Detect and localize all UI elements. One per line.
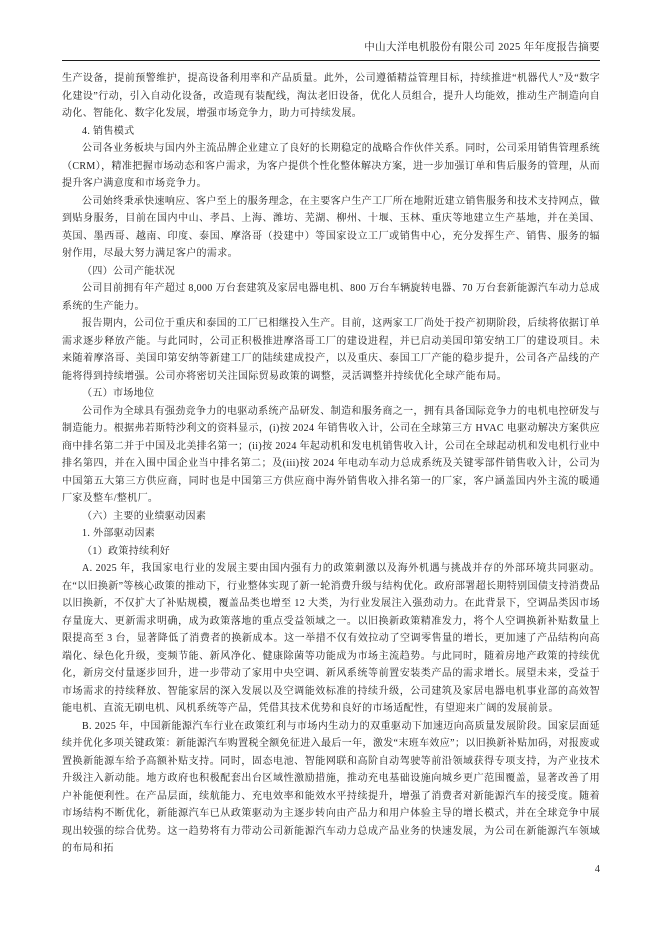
report-header: 中山大洋电机股份有限公司 2025 年年度报告摘要	[62, 40, 600, 61]
paragraph-a-home-appliance-policy: A. 2025 年，我国家电行业的发展主要由国内强有力的政策刺激以及海外机遇与挑…	[62, 560, 600, 718]
subheading-external-drivers: 1. 外部驱动因素	[62, 525, 600, 543]
section-heading-market-position: （五）市场地位	[62, 385, 600, 403]
section-heading-sales-model: 4. 销售模式	[62, 123, 600, 141]
paragraph-crm-partnerships: 公司各业务板块与国内外主流品牌企业建立了良好的长期稳定的战略合作伙伴关系。同时，…	[62, 140, 600, 193]
paragraph-production-equipment: 生产设备，提前预警维护，提高设备利用率和产品质量。此外，公司遵循精益管理目标，持…	[62, 70, 600, 123]
section-heading-performance-drivers: （六）主要的业绩驱动因素	[62, 508, 600, 526]
paragraph-factory-progress: 报告期内，公司位于重庆和泰国的工厂已相继投入生产。目前，这两家工厂尚处于投产初期…	[62, 315, 600, 385]
document-body: 生产设备，提前预警维护，提高设备利用率和产品质量。此外，公司遵循精益管理目标，持…	[62, 70, 600, 858]
subheading-policy-favorable: （1）政策持续利好	[62, 543, 600, 561]
section-heading-capacity-status: （四）公司产能状况	[62, 263, 600, 281]
paragraph-service-network: 公司始终秉承快速响应、客户至上的服务理念，在主要客户生产工厂所在地附近建立销售服…	[62, 193, 600, 263]
paragraph-market-rankings: 公司作为全球具有强劲竞争力的电驱动系统产品研发、制造和服务商之一，拥有具备国际竞…	[62, 403, 600, 508]
document-page: 中山大洋电机股份有限公司 2025 年年度报告摘要 生产设备，提前预警维护，提高…	[0, 0, 662, 936]
paragraph-b-nev-policy: B. 2025 年，中国新能源汽车行业在政策红利与市场内生动力的双重驱动下加速迈…	[62, 718, 600, 858]
report-header-title: 中山大洋电机股份有限公司 2025 年年度报告摘要	[364, 42, 600, 53]
paragraph-annual-capacity: 公司目前拥有年产超过 8,000 万台套建筑及家居电器电机、800 万台车辆旋转…	[62, 280, 600, 315]
page-number: 4	[0, 864, 600, 875]
